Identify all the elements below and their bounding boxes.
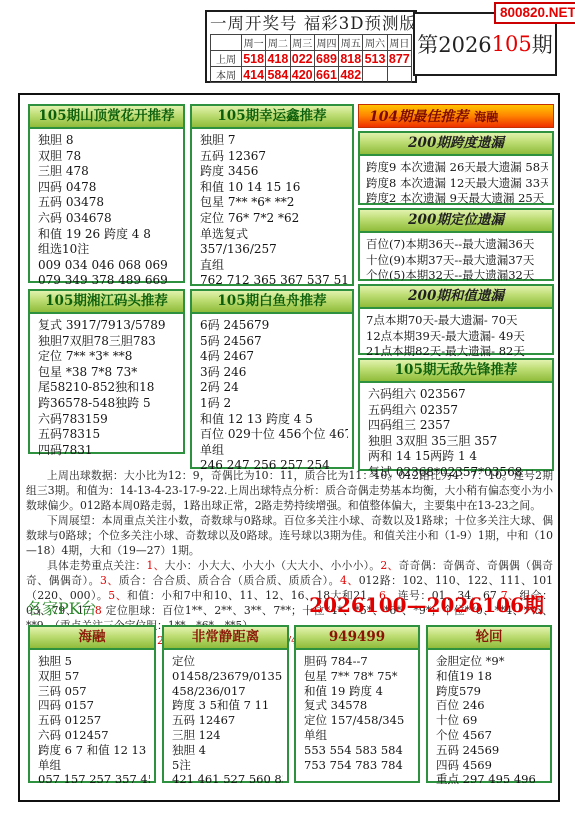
draw-number: 877 bbox=[387, 51, 411, 67]
box-xingyunxin: 105期幸运鑫推荐 独胆 7五码 12367跨度 3456和值 10 14 15… bbox=[190, 104, 354, 286]
row-label: 本周 bbox=[211, 67, 242, 83]
text-line: 金胆定位 *9* bbox=[436, 654, 546, 669]
text-line: 四码7831 bbox=[38, 443, 179, 459]
page: 一周开奖号 福彩3D预测版 周一 周二 周三 周四 周五 周六 周日 上周 51… bbox=[0, 0, 575, 816]
text-segment: 大小：小大大、小大小（大大小、小小小）。 bbox=[165, 559, 381, 572]
text-line: 单组 bbox=[304, 728, 414, 743]
pk-title: 名家PK台 bbox=[26, 596, 97, 619]
analysis-section: 上周出球数据：大小比为12：9，奇偶比为10：11，质合比为11：10。012路… bbox=[26, 468, 553, 648]
text-line: 2码 24 bbox=[200, 380, 348, 396]
weekday-header: 周三 bbox=[290, 35, 314, 51]
weekday-header: 周二 bbox=[266, 35, 290, 51]
text-line: 421 461 527 560 837 bbox=[172, 772, 283, 787]
site-badge: 800820.NET bbox=[494, 2, 575, 24]
issue-prefix: 第2026 bbox=[417, 29, 491, 59]
text-line: 包星 7** *6* **2 bbox=[200, 195, 348, 211]
expert-name: 轮回 bbox=[428, 627, 550, 650]
text-line: 重点 297 495 496 bbox=[436, 772, 546, 787]
text-line: 定位 7** *3* **8 bbox=[38, 349, 179, 365]
text-line: 753 754 783 784 bbox=[304, 758, 414, 773]
box-body: 独胆 7五码 12367跨度 3456和值 10 14 15 16包星 7** … bbox=[192, 129, 352, 291]
text-line: 六码783159 bbox=[38, 412, 179, 428]
text-segment: 4、 bbox=[340, 574, 359, 587]
text-line: 定位 76* 7*2 *62 bbox=[200, 211, 348, 227]
text-line: 复式 34578 bbox=[304, 698, 414, 713]
weekday-header-row: 周一 周二 周三 周四 周五 周六 周日 bbox=[211, 35, 412, 51]
text-line: 五码 12367 bbox=[200, 149, 348, 165]
text-line: 单选复式 bbox=[200, 227, 348, 243]
text-line: 单组 bbox=[200, 443, 348, 459]
box-body: 跨度9 本次遗漏 26天最大遗漏 58天跨度8 本次遗漏 12天最大遗漏 33天… bbox=[360, 156, 552, 209]
text-line: 三胆 478 bbox=[38, 164, 179, 180]
text-line: 跨度 3456 bbox=[200, 164, 348, 180]
text-line: 553 554 583 584 bbox=[304, 743, 414, 758]
text-line: 双胆 57 bbox=[38, 669, 150, 684]
text-line: 尾58210-852独和18 bbox=[38, 380, 179, 396]
pk-box-949499: 949499 胆码 784--7包星 7** 78* 75*和值 19 跨度 4… bbox=[294, 625, 420, 783]
box-title: 105期幸运鑫推荐 bbox=[192, 106, 352, 129]
text-line: 单组 bbox=[38, 758, 150, 773]
draw-number: 661 bbox=[314, 67, 338, 83]
box-xiangjiang: 105期湘江码头推荐 复式 3917/7913/5789独胆7双胆78三胆783… bbox=[28, 289, 185, 454]
draw-number: 482 bbox=[339, 67, 363, 83]
draw-number: 414 bbox=[242, 67, 266, 83]
analysis-paragraph: 上周出球数据：大小比为12：9，奇偶比为10：11，质合比为11：10。012路… bbox=[26, 468, 553, 513]
weekly-draw-title: 一周开奖号 福彩3D预测版 bbox=[210, 14, 412, 34]
text-line: 357/136/257 bbox=[200, 242, 348, 258]
issue-number: 105 bbox=[492, 32, 532, 56]
box-body: 7点本期70天-最大遗漏- 70天12点本期39天-最大遗漏- 49天21点本期… bbox=[360, 309, 552, 362]
weekday-header: 周一 bbox=[242, 35, 266, 51]
text-line: 定位 bbox=[172, 654, 283, 669]
text-line: 六码组六 023567 bbox=[368, 387, 548, 403]
box-sum-miss: 200期和值遗漏 7点本期70天-最大遗漏- 70天12点本期39天-最大遗漏-… bbox=[358, 284, 554, 355]
box-title: 105期山顶赏花开推荐 bbox=[30, 106, 183, 129]
text-line: 1码 2 bbox=[200, 396, 348, 412]
draw-number: 689 bbox=[314, 51, 338, 67]
text-line: 百位 029十位 456个位 467 bbox=[200, 427, 348, 443]
box-body: 独胆 5双胆 57三码 057四码 0157五码 01257六码 012457跨… bbox=[30, 650, 154, 789]
text-line: 3码 246 bbox=[200, 365, 348, 381]
box-baiyuzhou: 105期白鱼舟推荐 6码 2456795码 245674码 24673码 246… bbox=[190, 289, 354, 469]
text-line: 十位 69 bbox=[436, 713, 546, 728]
pk-issue-range: 2026100—2026106期 bbox=[309, 589, 544, 618]
pk-box-hairong: 海融 独胆 5双胆 57三码 057四码 0157五码 01257六码 0124… bbox=[28, 625, 156, 783]
draw-number: 022 bbox=[290, 51, 314, 67]
text-line: 百位(7)本期36天--最大遗漏36天 bbox=[366, 237, 548, 253]
text-line: 个位(5)本期32天--最大遗漏32天 bbox=[366, 268, 548, 284]
text-line: 五码 01257 bbox=[38, 713, 150, 728]
text-segment: 5、 bbox=[108, 589, 127, 602]
text-line: 和值 19 跨度 4 bbox=[304, 684, 414, 699]
text-line: 独胆 8 bbox=[38, 133, 179, 149]
text-line: 跨度8 本次遗漏 12天最大遗漏 33天 bbox=[366, 176, 548, 192]
box-span-miss: 200期跨度遗漏 跨度9 本次遗漏 26天最大遗漏 58天跨度8 本次遗漏 12… bbox=[358, 131, 554, 205]
text-line: 独胆 3双胆 35三胆 357 bbox=[368, 434, 548, 450]
text-line: 跨度579 bbox=[436, 684, 546, 699]
draw-number: 818 bbox=[339, 51, 363, 67]
text-line: 跨度2 本次遗漏 9天最大遗漏 25天 bbox=[366, 191, 548, 207]
box-title: 105期无敌先锋推荐 bbox=[360, 360, 552, 383]
pk-box-feichangjingjuli: 非常静距离 定位01458/23679/01357458/236/017跨度 3… bbox=[162, 625, 289, 783]
text-line: 跨度9 本次遗漏 26天最大遗漏 58天 bbox=[366, 160, 548, 176]
pk-box-lunhui: 轮回 金胆定位 *9*和值19 18跨度579百位 246十位 69个位 456… bbox=[426, 625, 552, 783]
weekly-draw-panel: 一周开奖号 福彩3D预测版 周一 周二 周三 周四 周五 周六 周日 上周 51… bbox=[205, 10, 417, 83]
draw-number: 513 bbox=[363, 51, 387, 67]
text-line: 762 712 365 367 537 515 bbox=[200, 273, 348, 289]
row-label: 上周 bbox=[211, 51, 242, 67]
banner-title: 104期最佳推荐 bbox=[369, 106, 468, 126]
box-body: 胆码 784--7包星 7** 78* 75*和值 19 跨度 4复式 3457… bbox=[296, 650, 418, 774]
text-line: 五码 03478 bbox=[38, 195, 179, 211]
analysis-paragraph: 下周展望：本周重点关注小数，奇数球与0路球。百位多关注小球、奇数以及1路球；十位… bbox=[26, 513, 553, 558]
text-line: 三码 057 bbox=[38, 684, 150, 699]
text-line: 定位 157/458/345 bbox=[304, 713, 414, 728]
text-line: 包星 7** 78* 75* bbox=[304, 669, 414, 684]
expert-name: 海融 bbox=[30, 627, 154, 650]
text-segment: 1、 bbox=[146, 559, 164, 572]
text-line: 四码组三 2357 bbox=[368, 418, 548, 434]
weekday-header: 周日 bbox=[387, 35, 411, 51]
text-line: 5注 bbox=[172, 758, 283, 773]
text-line: 和值19 18 bbox=[436, 669, 546, 684]
text-line: 跨度 3 5和值 7 11 bbox=[172, 698, 283, 713]
expert-name: 949499 bbox=[296, 627, 418, 650]
text-line: 四码 0157 bbox=[38, 698, 150, 713]
box-body: 金胆定位 *9*和值19 18跨度579百位 246十位 69个位 4567五码… bbox=[428, 650, 550, 789]
text-segment: 具体走势重点关注： bbox=[47, 559, 146, 572]
text-line: 和值 10 14 15 16 bbox=[200, 180, 348, 196]
text-line: 组选10注 bbox=[38, 242, 179, 258]
box-title: 200期跨度遗漏 bbox=[360, 133, 552, 156]
weekday-header: 周五 bbox=[339, 35, 363, 51]
best-pick-banner: 104期最佳推荐 海融 bbox=[358, 104, 554, 128]
box-body: 百位(7)本期36天--最大遗漏36天十位(9)本期37天--最大遗漏37天个位… bbox=[360, 233, 552, 286]
text-line: 三胆 124 bbox=[172, 728, 283, 743]
text-line: 六码 012457 bbox=[38, 728, 150, 743]
text-line: 独胆 7 bbox=[200, 133, 348, 149]
text-line: 079 349 378 489 669 bbox=[38, 273, 179, 289]
text-line: 和值 19 26 跨度 4 8 bbox=[38, 227, 179, 243]
draw-number: 518 bbox=[242, 51, 266, 67]
text-line: 四码 4569 bbox=[436, 758, 546, 773]
text-line: 五码 24569 bbox=[436, 743, 546, 758]
text-line: 458/236/017 bbox=[172, 684, 283, 699]
text-line: 009 034 046 068 069 bbox=[38, 258, 179, 274]
text-line: 独胆 5 bbox=[38, 654, 150, 669]
text-line: 包星 *38 7*8 73* bbox=[38, 365, 179, 381]
text-line: 12点本期39天-最大遗漏- 49天 bbox=[366, 329, 548, 345]
last-week-row: 上周 518 418 022 689 818 513 877 bbox=[211, 51, 412, 67]
text-line: 独胆 4 bbox=[172, 743, 283, 758]
text-line: 01458/23679/01357 bbox=[172, 669, 283, 684]
text-segment: 质合：合合质、质合合（质合质、质质合）。 bbox=[119, 574, 340, 587]
text-line: 六码 034678 bbox=[38, 211, 179, 227]
text-line: 百位 246 bbox=[436, 698, 546, 713]
box-title: 105期湘江码头推荐 bbox=[30, 291, 183, 314]
draw-number bbox=[387, 67, 411, 83]
text-line: 跨度 6 7 和值 12 13 bbox=[38, 743, 150, 758]
box-title: 200期和值遗漏 bbox=[360, 286, 552, 309]
text-line: 和值 12 13 跨度 4 5 bbox=[200, 412, 348, 428]
text-line: 跨36578-548独跨 5 bbox=[38, 396, 179, 412]
main-panel: 105期山顶赏花开推荐 独胆 8双胆 78三胆 478四码 0478五码 034… bbox=[18, 93, 560, 802]
text-line: 复式 3917/7913/5789 bbox=[38, 318, 179, 334]
text-line: 5码 24567 bbox=[200, 334, 348, 350]
box-position-miss: 200期定位遗漏 百位(7)本期36天--最大遗漏36天十位(9)本期37天--… bbox=[358, 208, 554, 281]
corner-cell bbox=[211, 35, 242, 51]
box-title: 105期白鱼舟推荐 bbox=[192, 291, 352, 314]
text-line: 057 157 257 357 457 bbox=[38, 772, 150, 787]
issue-suffix: 期 bbox=[532, 29, 553, 59]
box-wudi: 105期无敌先锋推荐 六码组六 023567五码组六 02357四码组三 235… bbox=[358, 358, 554, 471]
text-line: 两和 14 15两跨 1 4 bbox=[368, 449, 548, 465]
banner-expert-name: 海融 bbox=[474, 108, 498, 125]
box-shanding: 105期山顶赏花开推荐 独胆 8双胆 78三胆 478四码 0478五码 034… bbox=[28, 104, 185, 283]
text-line: 7点本期70天-最大遗漏- 70天 bbox=[366, 313, 548, 329]
text-line: 十位(9)本期37天--最大遗漏37天 bbox=[366, 253, 548, 269]
expert-name: 非常静距离 bbox=[164, 627, 287, 650]
text-line: 五码78315 bbox=[38, 427, 179, 443]
text-line: 直组 bbox=[200, 258, 348, 274]
text-line: 独胆7双胆78三胆783 bbox=[38, 334, 179, 350]
text-line: 胆码 784--7 bbox=[304, 654, 414, 669]
text-line: 五码组六 02357 bbox=[368, 403, 548, 419]
draw-number bbox=[363, 67, 387, 83]
box-title: 200期定位遗漏 bbox=[360, 210, 552, 233]
box-body: 独胆 8双胆 78三胆 478四码 0478五码 03478六码 034678和… bbox=[30, 129, 183, 291]
weekday-header: 周四 bbox=[314, 35, 338, 51]
text-segment: 3、 bbox=[100, 574, 119, 587]
text-line: 6码 245679 bbox=[200, 318, 348, 334]
draw-number: 584 bbox=[266, 67, 290, 83]
weekday-header: 周六 bbox=[363, 35, 387, 51]
text-line: 四码 0478 bbox=[38, 180, 179, 196]
draw-number: 420 bbox=[290, 67, 314, 83]
text-line: 4码 2467 bbox=[200, 349, 348, 365]
box-body: 6码 2456795码 245674码 24673码 2462码 241码 2和… bbox=[192, 314, 352, 476]
text-line: 个位 4567 bbox=[436, 728, 546, 743]
box-body: 定位01458/23679/01357458/236/017跨度 3 5和值 7… bbox=[164, 650, 287, 789]
box-body: 复式 3917/7913/5789独胆7双胆78三胆783定位 7** *3* … bbox=[30, 314, 183, 460]
draw-number: 418 bbox=[266, 51, 290, 67]
weekly-draw-table: 周一 周二 周三 周四 周五 周六 周日 上周 518 418 022 689 … bbox=[210, 34, 412, 83]
text-line: 双胆 78 bbox=[38, 149, 179, 165]
this-week-row: 本周 414 584 420 661 482 bbox=[211, 67, 412, 83]
text-segment: 2、 bbox=[380, 559, 398, 572]
text-line: 五码 12467 bbox=[172, 713, 283, 728]
